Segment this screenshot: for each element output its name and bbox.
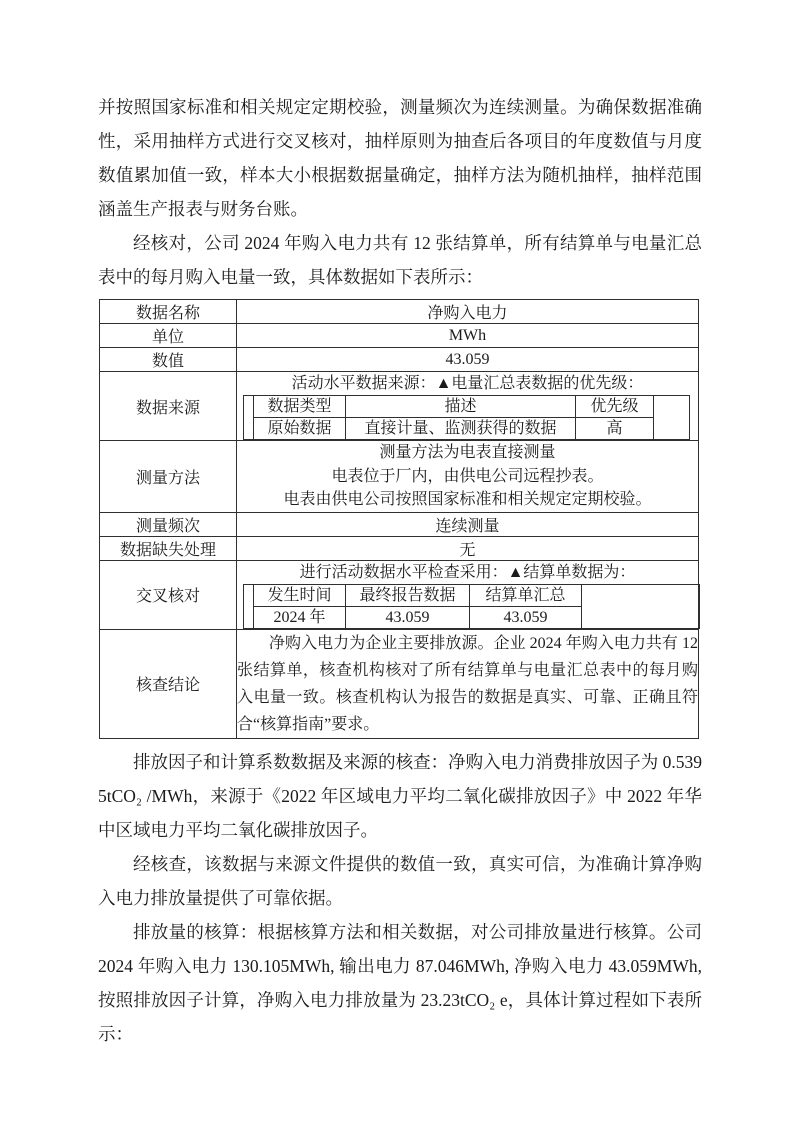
method-line: 电表位于厂内，由供电公司远程抄表。 [237,465,698,489]
inner-trail-cell [582,584,700,628]
paragraph-data-reliability: 经核查，该数据与来源文件提供的数值一致，真实可信，为准确计算净购入电力排放量提供… [98,847,702,915]
inner-lead-cell [244,584,254,628]
row-label: 数据来源 [100,372,237,441]
inner-cell: 43.059 [346,606,470,628]
table-row-unit: 单位 MWh [100,324,699,348]
conclusion-text: 净购入电力为企业主要排放源。企业 2024 年购入电力共有 12 张结算单，核查… [237,630,698,738]
table-row-missing-data-handling: 数据缺失处理 无 [100,536,699,560]
row-label: 数据缺失处理 [100,536,237,560]
paragraph-emission-factor: 排放因子和计算系数数据及来源的核查：净购入电力消费排放因子为 0.5395tCO… [98,745,702,847]
method-line: 测量方法为电表直接测量 [237,441,698,465]
row-label: 核查结论 [100,629,237,738]
row-label: 数值 [100,348,237,372]
inner-cell: 2024 年 [254,606,346,628]
row-label: 测量频次 [100,512,237,536]
inner-cell: 原始数据 [254,418,346,440]
inner-header-row: 数据类型 描述 优先级 [244,396,690,418]
paragraph-calibration-sampling: 并按照国家标准和相关规定定期校验，测量频次为连续测量。为确保数据准确性，采用抽样… [98,90,702,226]
cross-check-note: 进行活动数据水平检查采用：▲结算单数据为： [237,561,698,584]
inner-trail-cell [654,396,690,440]
method-line: 电表由供电公司按照国家标准和相关规定定期校验。 [237,488,698,512]
inner-col-header: 数据类型 [254,396,346,418]
inner-cell: 43.059 [470,606,582,628]
inner-col-header: 描述 [346,396,576,418]
document-page: 并按照国家标准和相关规定定期校验，测量频次为连续测量。为确保数据准确性，采用抽样… [98,90,702,1051]
inner-data-row: 原始数据 直接计量、监测获得的数据 高 [244,418,690,440]
conclusion-cell: 净购入电力为企业主要排放源。企业 2024 年购入电力共有 12 张结算单，核查… [237,629,699,738]
row-value: MWh [237,324,699,348]
data-source-inner-table: 数据类型 描述 优先级 原始数据 直接计量、监测获得的数据 高 [243,395,690,440]
inner-header-row: 发生时间 最终报告数据 结算单汇总 [244,584,700,606]
cross-check-cell: 进行活动数据水平检查采用：▲结算单数据为： 发生时间 最终报告数据 结算单汇总 [237,560,699,629]
table-row-measurement-frequency: 测量频次 连续测量 [100,512,699,536]
row-value: 无 [237,536,699,560]
cross-check-inner-table: 发生时间 最终报告数据 结算单汇总 2024 年 43.059 43.059 [243,584,700,629]
inner-cell: 高 [576,418,654,440]
paragraph-settlement-check: 经核对，公司 2024 年购入电力共有 12 张结算单，所有结算单与电量汇总表中… [98,226,702,294]
data-source-priority-note: 活动水平数据来源：▲电量汇总表数据的优先级： [237,372,698,395]
row-label: 测量方法 [100,441,237,513]
inner-col-header: 最终报告数据 [346,584,470,606]
paragraph-emission-calculation: 排放量的核算：根据核算方法和相关数据，对公司排放量进行核算。公司 2024 年购… [98,915,702,1051]
verification-data-table: 数据名称 净购入电力 单位 MWh 数值 43.059 数据来源 活动水平数据来… [99,299,699,739]
table-row-data-source: 数据来源 活动水平数据来源：▲电量汇总表数据的优先级： 数据类型 描述 [100,372,699,441]
row-value: 净购入电力 [237,300,699,324]
row-value: 43.059 [237,348,699,372]
inner-cell: 直接计量、监测获得的数据 [346,418,576,440]
table-row-numeric-value: 数值 43.059 [100,348,699,372]
inner-col-header: 发生时间 [254,584,346,606]
row-label: 交叉核对 [100,560,237,629]
table-row-data-name: 数据名称 净购入电力 [100,300,699,324]
measurement-method-cell: 测量方法为电表直接测量 电表位于厂内，由供电公司远程抄表。 电表由供电公司按照国… [237,441,699,513]
inner-col-header: 优先级 [576,396,654,418]
row-value: 连续测量 [237,512,699,536]
table-row-verification-conclusion: 核查结论 净购入电力为企业主要排放源。企业 2024 年购入电力共有 12 张结… [100,629,699,738]
row-label: 单位 [100,324,237,348]
row-label: 数据名称 [100,300,237,324]
data-source-cell: 活动水平数据来源：▲电量汇总表数据的优先级： 数据类型 描述 优先级 [237,372,699,441]
table-row-cross-check: 交叉核对 进行活动数据水平检查采用：▲结算单数据为： 发生时间 最终报告数 [100,560,699,629]
table-row-measurement-method: 测量方法 测量方法为电表直接测量 电表位于厂内，由供电公司远程抄表。 电表由供电… [100,441,699,513]
inner-lead-cell [244,396,254,440]
inner-col-header: 结算单汇总 [470,584,582,606]
